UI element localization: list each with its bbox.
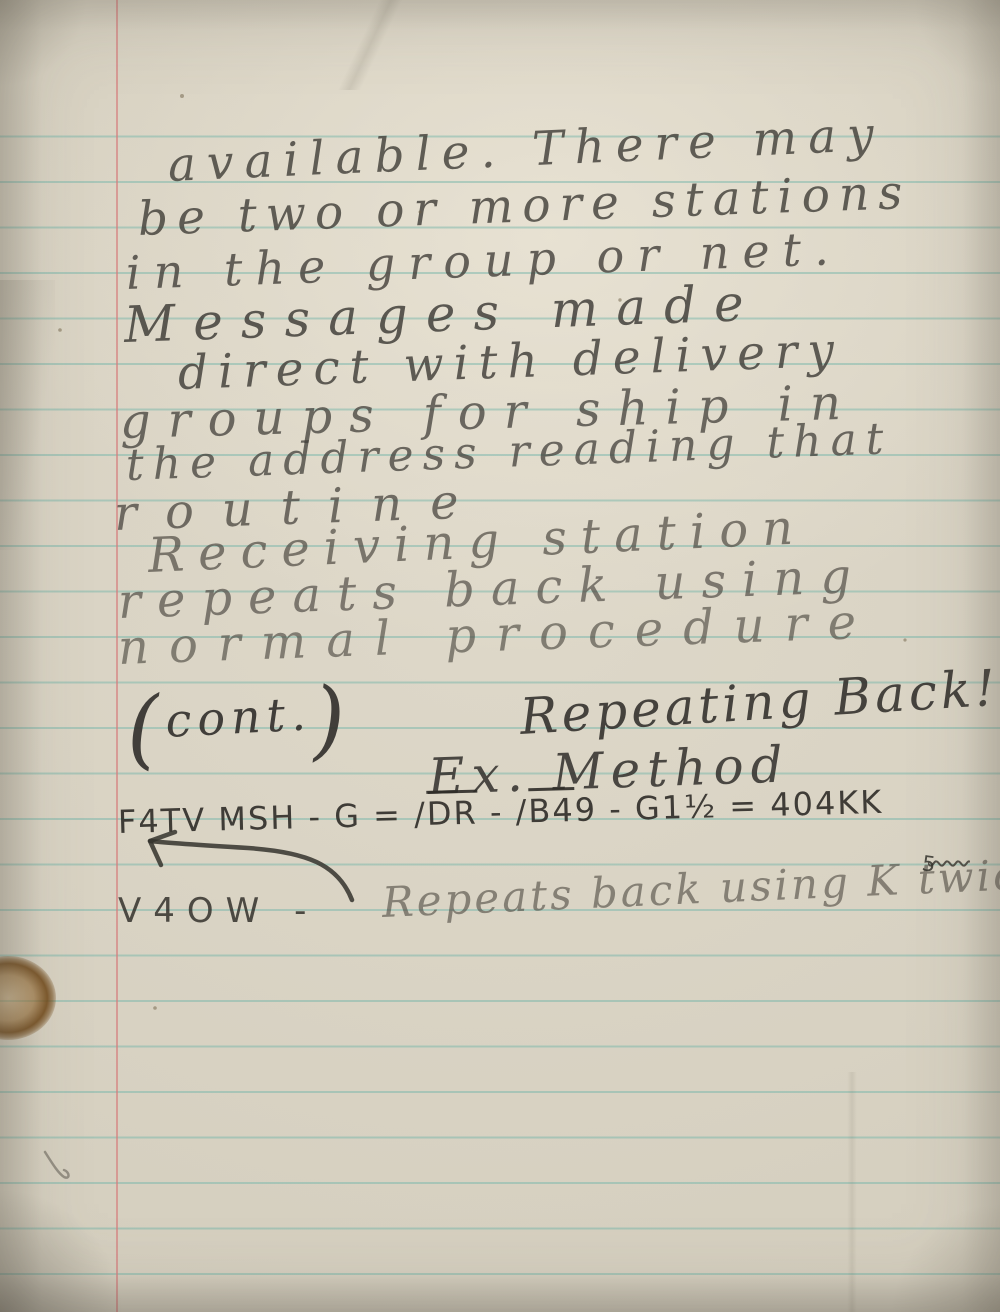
paper-crease [0,280,55,550]
paper-crease [822,1072,882,1312]
paper-crease [295,0,445,90]
formula-segment: - / [477,792,529,831]
cont-label: (cont.) [125,688,352,746]
cont-text: cont. [164,686,313,748]
formula-segment: F4TV MSH - G = / [118,795,428,841]
reply-callsign: V4OW - [118,894,318,928]
formula-segment: 9 - G1½ = 404KK [574,783,884,829]
close-paren: ) [309,668,354,770]
open-paren: ( [124,678,169,780]
formula-segment-overbar: DR [426,790,478,833]
notebook-page: available. There may be two or more stat… [0,0,1000,1312]
formula-segment-overbar: B4 [528,787,575,830]
